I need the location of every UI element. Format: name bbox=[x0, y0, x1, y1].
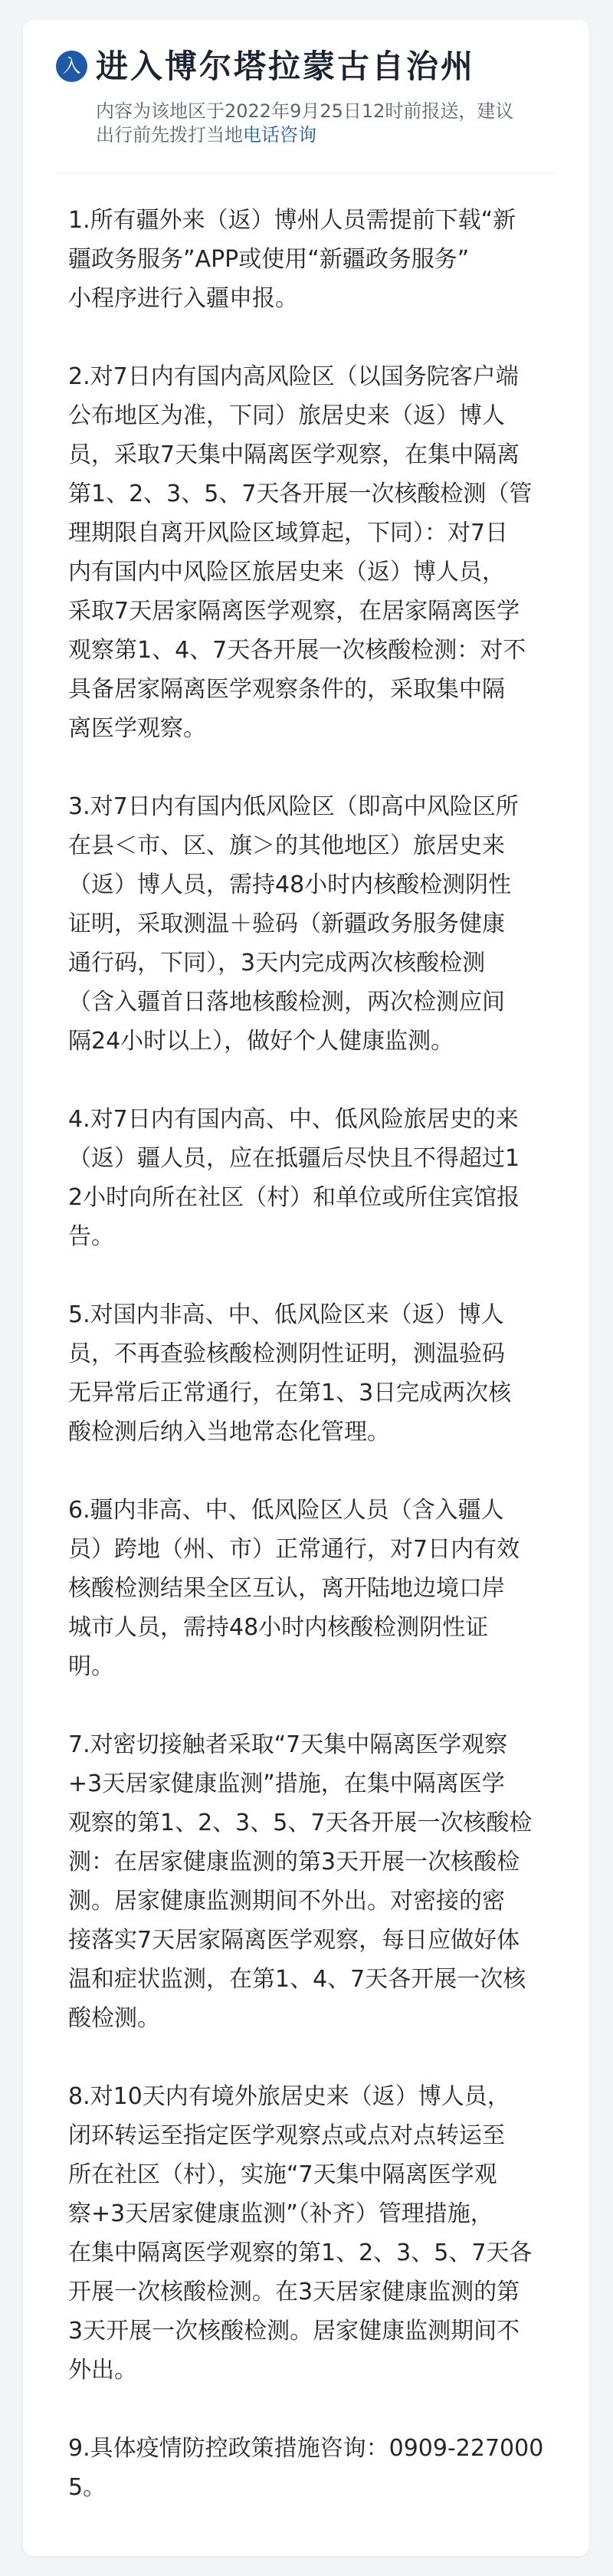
policy-text-line: +3天居家健康监测”措施，在集中隔离医学 bbox=[68, 1764, 559, 1803]
policy-text-line: 7.对密切接触者采取“7天集中隔离医学观察 bbox=[68, 1725, 559, 1764]
policy-text-line: 5。 bbox=[68, 2468, 559, 2507]
policy-text-line: 3天开展一次核酸检测。居家健康监测期间不 bbox=[68, 2312, 559, 2351]
report-notice-line-1: 内容为该地区于2022年9月25日12时前报送，建议 bbox=[96, 100, 556, 123]
policy-text-line: 接落实7天居家隔离医学观察，每日应做好体 bbox=[68, 1921, 559, 1960]
report-notice-line-2: 出行前先拨打当地电话咨询 bbox=[96, 123, 556, 147]
policy-item-3: 3.对7日内有国内低风险区（即高中风险区所在县＜市、区、旗＞的其他地区）旅居史来… bbox=[68, 787, 559, 1061]
entry-badge-glyph: 入 bbox=[63, 51, 81, 82]
policy-text-line: 告。 bbox=[68, 1217, 559, 1256]
policy-content: 1.所有疆外来（返）博州人员需提前下载“新疆政务服务”APP或使用“新疆政务服务… bbox=[68, 201, 559, 2546]
header-divider bbox=[57, 172, 556, 173]
policy-text-line: 第1、2、3、5、7天各开展一次核酸检测（管 bbox=[68, 474, 559, 514]
policy-text-line: 员）跨地（州、市）正常通行，对7日内有效 bbox=[68, 1530, 559, 1569]
policy-text-line: 离医学观察。 bbox=[68, 709, 559, 748]
policy-text-line: 城市人员，需持48小时内核酸检测阴性证 bbox=[68, 1608, 559, 1647]
policy-text-line: 察+3天居家健康监测”（补齐）管理措施， bbox=[68, 2194, 559, 2233]
policy-text-line: 疆政务服务”APP或使用“新疆政务服务” bbox=[68, 240, 559, 279]
policy-text-line: 4.对7日内有国内高、中、低风险旅居史的来 bbox=[68, 1100, 559, 1139]
policy-item-1: 1.所有疆外来（返）博州人员需提前下载“新疆政务服务”APP或使用“新疆政务服务… bbox=[68, 201, 559, 318]
policy-item-9: 9.具体疫情防控政策措施咨询：0909-2270005。 bbox=[68, 2429, 559, 2507]
policy-text-line: 6.疆内非高、中、低风险区人员（含入疆人 bbox=[68, 1491, 559, 1530]
policy-text-line: 通行码，下同），3天内完成两次核酸检测 bbox=[68, 943, 559, 983]
policy-text-line: 观察第1、4、7天各开展一次核酸检测：对不 bbox=[68, 631, 559, 670]
policy-text-line: 2小时向所在社区（村）和单位或所住宾馆报 bbox=[68, 1178, 559, 1217]
report-notice: 内容为该地区于2022年9月25日12时前报送，建议 出行前先拨打当地电话咨询 bbox=[96, 100, 556, 147]
policy-text-line: 测。居家健康监测期间不外出。对密接的密 bbox=[68, 1882, 559, 1921]
policy-text-line: （返）博人员，需持48小时内核酸检测阴性 bbox=[68, 865, 559, 904]
policy-text-line: 在集中隔离医学观察的第1、2、3、5、7天各 bbox=[68, 2233, 559, 2272]
policy-item-4: 4.对7日内有国内高、中、低风险旅居史的来（返）疆人员，应在抵疆后尽快且不得超过… bbox=[68, 1100, 559, 1256]
policy-text-line: 隔24小时以上），做好个人健康监测。 bbox=[68, 1022, 559, 1061]
policy-text-line: 无异常后正常通行，在第1、3日完成两次核 bbox=[68, 1373, 559, 1413]
phone-consult-link[interactable]: 电话咨询 bbox=[243, 124, 316, 146]
policy-text-line: 温和症状监测，在第1、4、7天各开展一次核 bbox=[68, 1960, 559, 1999]
policy-text-line: 采取7天居家隔离医学观察，在居家隔离医学 bbox=[68, 592, 559, 631]
policy-item-7: 7.对密切接触者采取“7天集中隔离医学观察+3天居家健康监测”措施，在集中隔离医… bbox=[68, 1725, 559, 2038]
policy-text-line: 外出。 bbox=[68, 2351, 559, 2390]
policy-item-2: 2.对7日内有国内高风险区（以国务院客户端公布地区为准，下同）旅居史来（返）博人… bbox=[68, 357, 559, 748]
policy-item-8: 8.对10天内有境外旅居史来（返）博人员，闭环转运至指定医学观察点或点对点转运至… bbox=[68, 2077, 559, 2390]
policy-text-line: 核酸检测结果全区互认，离开陆地边境口岸 bbox=[68, 1569, 559, 1608]
policy-text-line: 2.对7日内有国内高风险区（以国务院客户端 bbox=[68, 357, 559, 396]
policy-text-line: 闭环转运至指定医学观察点或点对点转运至 bbox=[68, 2116, 559, 2155]
policy-text-line: 证明，采取测温＋验码（新疆政务服务健康 bbox=[68, 904, 559, 943]
policy-text-line: 内有国内中风险区旅居史来（返）博人员， bbox=[68, 553, 559, 592]
policy-item-5: 5.对国内非高、中、低风险区来（返）博人员，不再查验核酸检测阴性证明，测温验码无… bbox=[68, 1295, 559, 1452]
policy-text-line: 酸检测后纳入当地常态化管理。 bbox=[68, 1413, 559, 1452]
policy-text-line: 在县＜市、区、旗＞的其他地区）旅居史来 bbox=[68, 826, 559, 865]
policy-text-line: （返）疆人员，应在抵疆后尽快且不得超过1 bbox=[68, 1139, 559, 1178]
policy-text-line: 员，采取7天集中隔离医学观察，在集中隔离 bbox=[68, 435, 559, 474]
policy-text-line: 测：在居家健康监测的第3天开展一次核酸检 bbox=[68, 1843, 559, 1882]
policy-text-line: 1.所有疆外来（返）博州人员需提前下载“新 bbox=[68, 201, 559, 240]
page-title: 进入博尔塔拉蒙古自治州 bbox=[96, 48, 475, 86]
policy-text-line: 9.具体疫情防控政策措施咨询：0909-227000 bbox=[68, 2429, 559, 2468]
policy-text-line: 观察的第1、2、3、5、7天各开展一次核酸检 bbox=[68, 1803, 559, 1843]
policy-text-line: 具备居家隔离医学观察条件的，采取集中隔 bbox=[68, 670, 559, 709]
region-entry-policy-card: 入 进入博尔塔拉蒙古自治州 内容为该地区于2022年9月25日12时前报送，建议… bbox=[23, 20, 589, 2556]
policy-text-line: 小程序进行入疆申报。 bbox=[68, 279, 559, 318]
policy-text-line: 理期限自离开风险区域算起，下同）：对7日 bbox=[68, 514, 559, 553]
policy-text-line: 所在社区（村），实施“7天集中隔离医学观 bbox=[68, 2155, 559, 2194]
entry-badge-icon: 入 bbox=[56, 51, 87, 82]
policy-text-line: 公布地区为准，下同）旅居史来（返）博人 bbox=[68, 396, 559, 435]
policy-text-line: 3.对7日内有国内低风险区（即高中风险区所 bbox=[68, 787, 559, 826]
policy-text-line: （含入疆首日落地核酸检测，两次检测应间 bbox=[68, 983, 559, 1022]
policy-text-line: 酸检测。 bbox=[68, 1999, 559, 2038]
policy-text-line: 5.对国内非高、中、低风险区来（返）博人 bbox=[68, 1295, 559, 1334]
report-notice-prefix: 出行前先拨打当地 bbox=[96, 124, 243, 146]
policy-text-line: 员，不再查验核酸检测阴性证明，测温验码 bbox=[68, 1334, 559, 1373]
policy-text-line: 8.对10天内有境外旅居史来（返）博人员， bbox=[68, 2077, 559, 2116]
policy-text-line: 明。 bbox=[68, 1647, 559, 1686]
policy-text-line: 开展一次核酸检测。在3天居家健康监测的第 bbox=[68, 2272, 559, 2312]
policy-item-6: 6.疆内非高、中、低风险区人员（含入疆人员）跨地（州、市）正常通行，对7日内有效… bbox=[68, 1491, 559, 1686]
